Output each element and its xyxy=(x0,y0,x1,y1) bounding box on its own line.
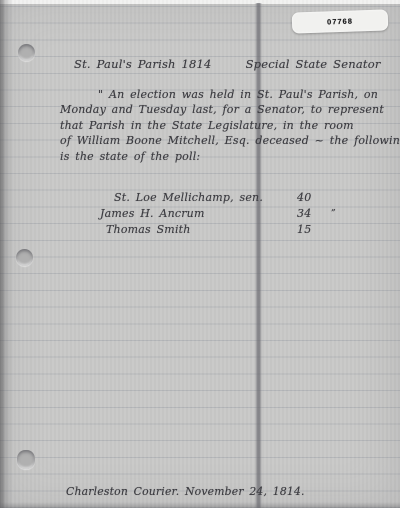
page-top-edge xyxy=(0,0,400,4)
hole-punch-middle xyxy=(16,249,33,266)
poll-row: Thomas Smith 15 xyxy=(98,223,263,239)
title-parish-year: St. Paul's Parish 1814 xyxy=(74,57,212,71)
page-bottom-edge-shadow xyxy=(0,502,400,508)
page-left-edge-shadow xyxy=(0,0,13,508)
catalog-number: 07768 xyxy=(327,17,353,27)
source-citation: Charleston Courier. November 24, 1814. xyxy=(66,485,305,498)
candidate-name: James H. Ancrum xyxy=(100,207,205,220)
hole-punch-top xyxy=(18,44,35,61)
poll-row: James H. Ancrum 34 ” xyxy=(98,207,263,223)
document-title: St. Paul's Parish 1814 Special State Sen… xyxy=(74,57,381,71)
candidate-name: St. Loe Mellichamp, sen. xyxy=(114,191,263,204)
vote-count: 40 xyxy=(297,191,311,204)
poll-row: St. Loe Mellichamp, sen. 40 xyxy=(98,191,263,207)
body-paragraph: " An election was held in St. Paul's Par… xyxy=(60,87,400,164)
title-subject: Special State Senator xyxy=(246,57,381,71)
paragraph-line: " An election was held in St. Paul's Par… xyxy=(60,87,400,102)
paper-crease-line xyxy=(255,3,262,508)
paragraph-line: Monday and Tuesday last, for a Senator, … xyxy=(60,102,400,117)
ditto-mark: ” xyxy=(331,209,336,219)
vote-count: 15 xyxy=(297,223,311,236)
paragraph-line: that Parish in the State Legislature, in… xyxy=(60,118,400,133)
vote-count: 34 xyxy=(297,207,311,220)
ruled-lines xyxy=(0,6,400,508)
paragraph-line: of William Boone Mitchell, Esq. deceased… xyxy=(60,133,400,148)
scanned-document-page: 07768 St. Paul's Parish 1814 Special Sta… xyxy=(0,0,400,508)
candidate-name: Thomas Smith xyxy=(106,223,191,236)
catalog-number-label: 07768 xyxy=(292,9,389,33)
hole-punch-bottom xyxy=(17,450,35,469)
poll-results-list: St. Loe Mellichamp, sen. 40 James H. Anc… xyxy=(98,191,263,240)
paragraph-line: is the state of the poll: xyxy=(60,149,400,164)
